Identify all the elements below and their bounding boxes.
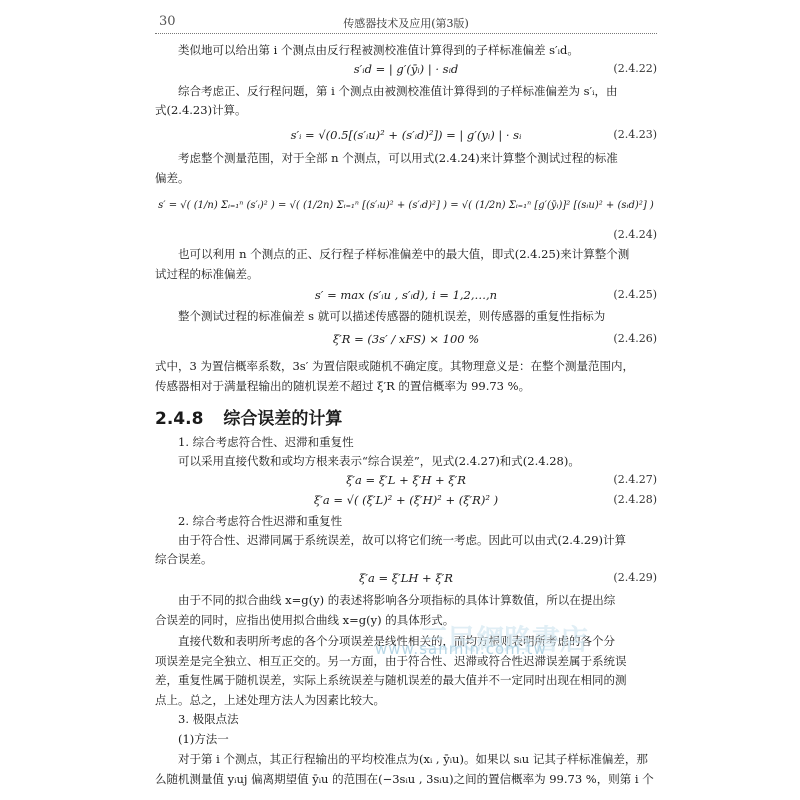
paragraph-line: 传感器相对于满量程输出的随机误差不超过 ξ′R 的置信概率为 99.73 %。	[155, 378, 657, 394]
equation-2-4-24: s′ = √( (1/n) Σᵢ₌₁ⁿ (s′ᵢ)² ) = √( (1/2n)…	[155, 200, 657, 218]
paragraph-line: 由于符合性、迟滞同属于系统误差，故可以将它们统一考虑。因此可以由式(2.4.29…	[155, 532, 680, 548]
equation-number: (2.4.22)	[613, 62, 657, 75]
paragraph-line: 整个测试过程的标准偏差 s 就可以描述传感器的随机误差，则传感器的重复性指标为	[155, 308, 680, 324]
sub-heading: (1)方法一	[155, 731, 680, 747]
equation-2-4-25: s′ = max (s′ᵢu , s′ᵢd), i = 1,2,…,n (2.4…	[155, 288, 657, 306]
watermark-url: www.sanmin.com.tw	[375, 640, 547, 658]
paragraph-line: 式中，3 为置信概率系数，3s′ 为置信限或随机不确定度。其物理意义是：在整个测…	[155, 358, 657, 374]
paragraph-line: 试过程的标准偏差。	[155, 266, 657, 282]
paragraph-line: 综合误差。	[155, 551, 657, 567]
formula: s′ = √( (1/n) Σᵢ₌₁ⁿ (s′ᵢ)² ) = √( (1/2n)…	[155, 200, 657, 211]
equation-number: (2.4.23)	[613, 128, 657, 141]
header-divider	[155, 33, 657, 34]
paragraph-line: 么随机测量值 yᵢuj 偏离期望值 ȳᵢu 的范围在(−3sᵢu , 3sᵢu)…	[155, 771, 657, 787]
equation-2-4-22: s′ᵢd = | g′(ȳᵢ) | · sᵢd (2.4.22)	[155, 62, 657, 80]
paragraph-line: 综合考虑正、反行程问题，第 i 个测点由被测校准值计算得到的子样标准偏差为 s′…	[155, 83, 680, 99]
paragraph-line: 式(2.4.23)计算。	[155, 102, 657, 118]
paragraph-line: 点上。总之，上述处理方法人为因素比较大。	[155, 692, 657, 708]
section-title: 综合误差的计算	[223, 409, 342, 429]
equation-number: (2.4.24)	[613, 228, 657, 241]
paragraph-line: 考虑整个测量范围，对于全部 n 个测点，可以用式(2.4.24)来计算整个测试过…	[155, 150, 680, 166]
equation-number: (2.4.27)	[613, 473, 657, 486]
paragraph-line: 由于不同的拟合曲线 x=g(y) 的表述将影响各分项指标的具体计算数值，所以在提…	[155, 592, 680, 608]
list-item-heading: 3. 极限点法	[155, 711, 680, 727]
formula: ξ′a = ξ′L + ξ′H + ξ′R	[155, 473, 657, 487]
paragraph-line: 可以采用直接代数和或均方根来表示“综合误差”，见式(2.4.27)和式(2.4.…	[155, 453, 680, 469]
equation-2-4-29: ξ′a = ξ′LH + ξ′R (2.4.29)	[155, 571, 657, 589]
equation-2-4-23: s′ᵢ = √(0.5[(s′ᵢu)² + (s′ᵢd)²]) = | g′(y…	[155, 128, 657, 146]
page-header: 30 传感器技术及应用(第3版)	[155, 14, 657, 30]
paragraph-line: 也可以利用 n 个测点的正、反行程子样标准偏差中的最大值，即式(2.4.25)来…	[155, 246, 680, 262]
equation-2-4-24-number: (2.4.24)	[155, 228, 657, 246]
paragraph-line: 差，重复性属于随机误差，实际上系统误差与随机误差的最大值并不一定同时出现在相同的…	[155, 672, 657, 688]
formula: s′ = max (s′ᵢu , s′ᵢd), i = 1,2,…,n	[155, 288, 657, 302]
formula: ξ′a = ξ′LH + ξ′R	[155, 571, 657, 585]
section-heading: 2.4.8综合误差的计算	[155, 404, 342, 429]
equation-2-4-27: ξ′a = ξ′L + ξ′H + ξ′R (2.4.27)	[155, 473, 657, 491]
list-item-heading: 1. 综合考虑符合性、迟滞和重复性	[155, 434, 680, 450]
formula: s′ᵢ = √(0.5[(s′ᵢu)² + (s′ᵢd)²]) = | g′(y…	[155, 128, 657, 142]
formula: ξ′a = √( (ξ′L)² + (ξ′H)² + (ξ′R)² )	[155, 493, 657, 507]
equation-number: (2.4.28)	[613, 493, 657, 506]
book-page: 30 传感器技术及应用(第3版) 类似地可以给出第 i 个测点由反行程被测校准值…	[155, 0, 657, 800]
equation-2-4-26: ξ′R = (3s′ / xFS) × 100 % (2.4.26)	[155, 332, 657, 350]
formula: s′ᵢd = | g′(ȳᵢ) | · sᵢd	[155, 62, 657, 76]
paragraph-line: 对于第 i 个测点，其正行程输出的平均校准点为(xᵢ , ȳᵢu)。如果以 sᵢ…	[155, 751, 680, 767]
running-title: 传感器技术及应用(第3版)	[155, 15, 657, 31]
equation-number: (2.4.26)	[613, 332, 657, 345]
equation-number: (2.4.25)	[613, 288, 657, 301]
list-item-heading: 2. 综合考虑符合性迟滞和重复性	[155, 513, 680, 529]
section-number: 2.4.8	[155, 409, 203, 429]
formula: ξ′R = (3s′ / xFS) × 100 %	[155, 332, 657, 346]
equation-number: (2.4.29)	[613, 571, 657, 584]
equation-2-4-28: ξ′a = √( (ξ′L)² + (ξ′H)² + (ξ′R)² ) (2.4…	[155, 493, 657, 511]
paragraph-line: 偏差。	[155, 170, 657, 186]
paragraph-line: 类似地可以给出第 i 个测点由反行程被测校准值计算得到的子样标准偏差 s′ᵢd。	[155, 42, 680, 58]
